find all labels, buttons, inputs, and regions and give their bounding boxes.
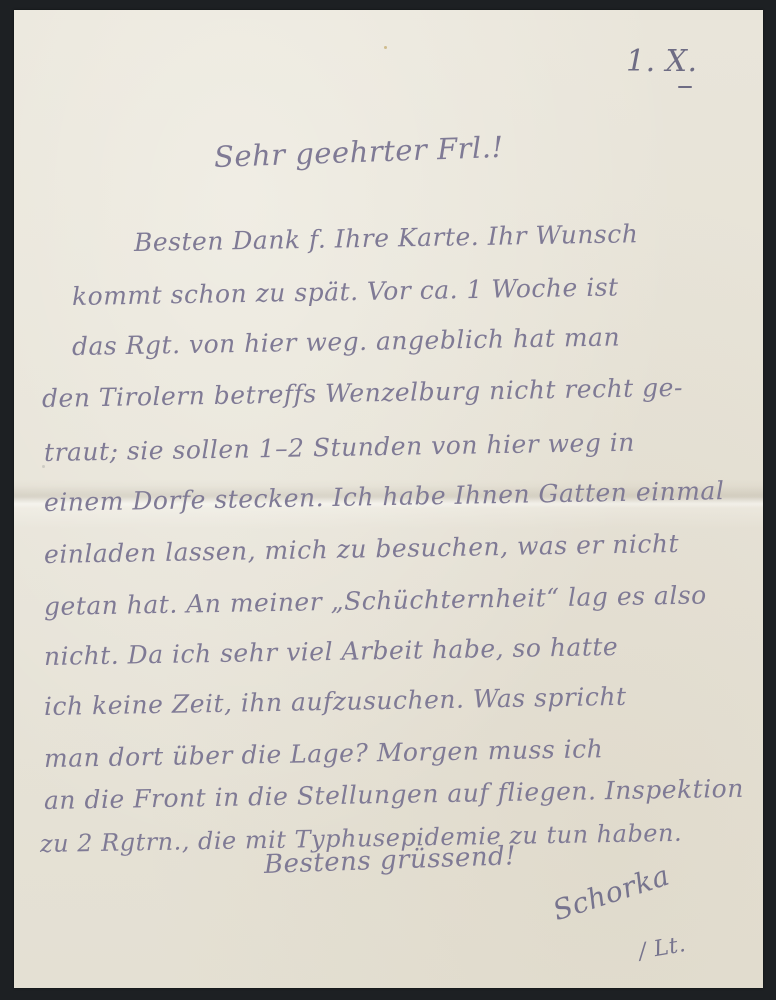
body-line: einladen lassen, mich zu besuchen, was e…: [44, 529, 680, 569]
body-line: getan hat. An meiner „Schüchternheit“ la…: [44, 580, 707, 621]
paper-speck: [384, 46, 387, 49]
body-line: einem Dorfe stecken. Ich habe Ihnen Gatt…: [44, 476, 725, 517]
date-underline: [678, 86, 692, 88]
body-line: man dort über die Lage? Morgen muss ich: [44, 734, 604, 773]
letter-salutation: Sehr geehrter Frl.!: [213, 130, 504, 174]
body-line: das Rgt. von hier weg. angeblich hat man: [72, 322, 621, 361]
letter-signature: Schorka: [549, 859, 674, 928]
body-line: den Tirolern betreffs Wenzelburg nicht r…: [42, 373, 683, 413]
letter-date: 1. X.: [626, 44, 698, 79]
body-line: Besten Dank f. Ihre Karte. Ihr Wunsch: [134, 219, 639, 257]
signature-rank: / Lt.: [637, 932, 688, 965]
body-line: nicht. Da ich sehr viel Arbeit habe, so …: [44, 632, 619, 671]
body-line: kommt schon zu spät. Vor ca. 1 Woche ist: [72, 272, 619, 311]
letter-paper: 1. X. Sehr geehrter Frl.! Besten Dank f.…: [14, 10, 763, 988]
body-line: ich keine Zeit, ihn aufzusuchen. Was spr…: [44, 682, 627, 721]
scanned-letter: 1. X. Sehr geehrter Frl.! Besten Dank f.…: [0, 0, 776, 1000]
body-line: traut; sie sollen 1–2 Stunden von hier w…: [44, 428, 635, 467]
body-line: an die Front in die Stellungen auf flieg…: [44, 774, 744, 815]
